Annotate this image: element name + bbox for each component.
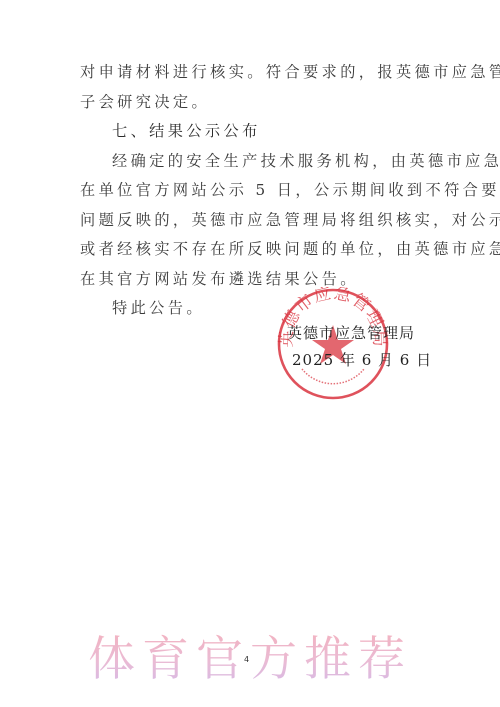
body-text-line: 在单位官方网站公示 5 日，公示期间收到不符合要求或其他 bbox=[80, 180, 430, 200]
body-text-line: 或者经核实不存在所反映问题的单位，由英德市应急管理局 bbox=[80, 239, 430, 259]
signature-organization: 英德市应急管理局 bbox=[287, 323, 415, 343]
body-text-line: 经确定的安全生产技术服务机构，由英德市应急管理局 bbox=[112, 151, 462, 171]
document-page: 对申请材料进行核实。符合要求的，报英德市应急管理局班 子会研究决定。 七、结果公… bbox=[0, 0, 500, 707]
body-text-line: 问题反映的，英德市应急管理局将组织核实，对公示无异议 bbox=[80, 210, 430, 230]
body-text-line: 对申请材料进行核实。符合要求的，报英德市应急管理局班 bbox=[80, 62, 430, 82]
body-text-line: 子会研究决定。 bbox=[80, 92, 430, 112]
page-number: 4 bbox=[244, 655, 249, 664]
signature-date: 2025 年 6 月 6 日 bbox=[292, 350, 432, 370]
official-seal-icon: 英德市应急管理局 bbox=[276, 287, 390, 401]
watermark-text: 体育官方推荐 bbox=[88, 630, 412, 690]
body-text-line: 在其官方网站发布遴选结果公告。 bbox=[80, 269, 430, 289]
section-heading: 七、结果公示公布 bbox=[112, 121, 462, 141]
